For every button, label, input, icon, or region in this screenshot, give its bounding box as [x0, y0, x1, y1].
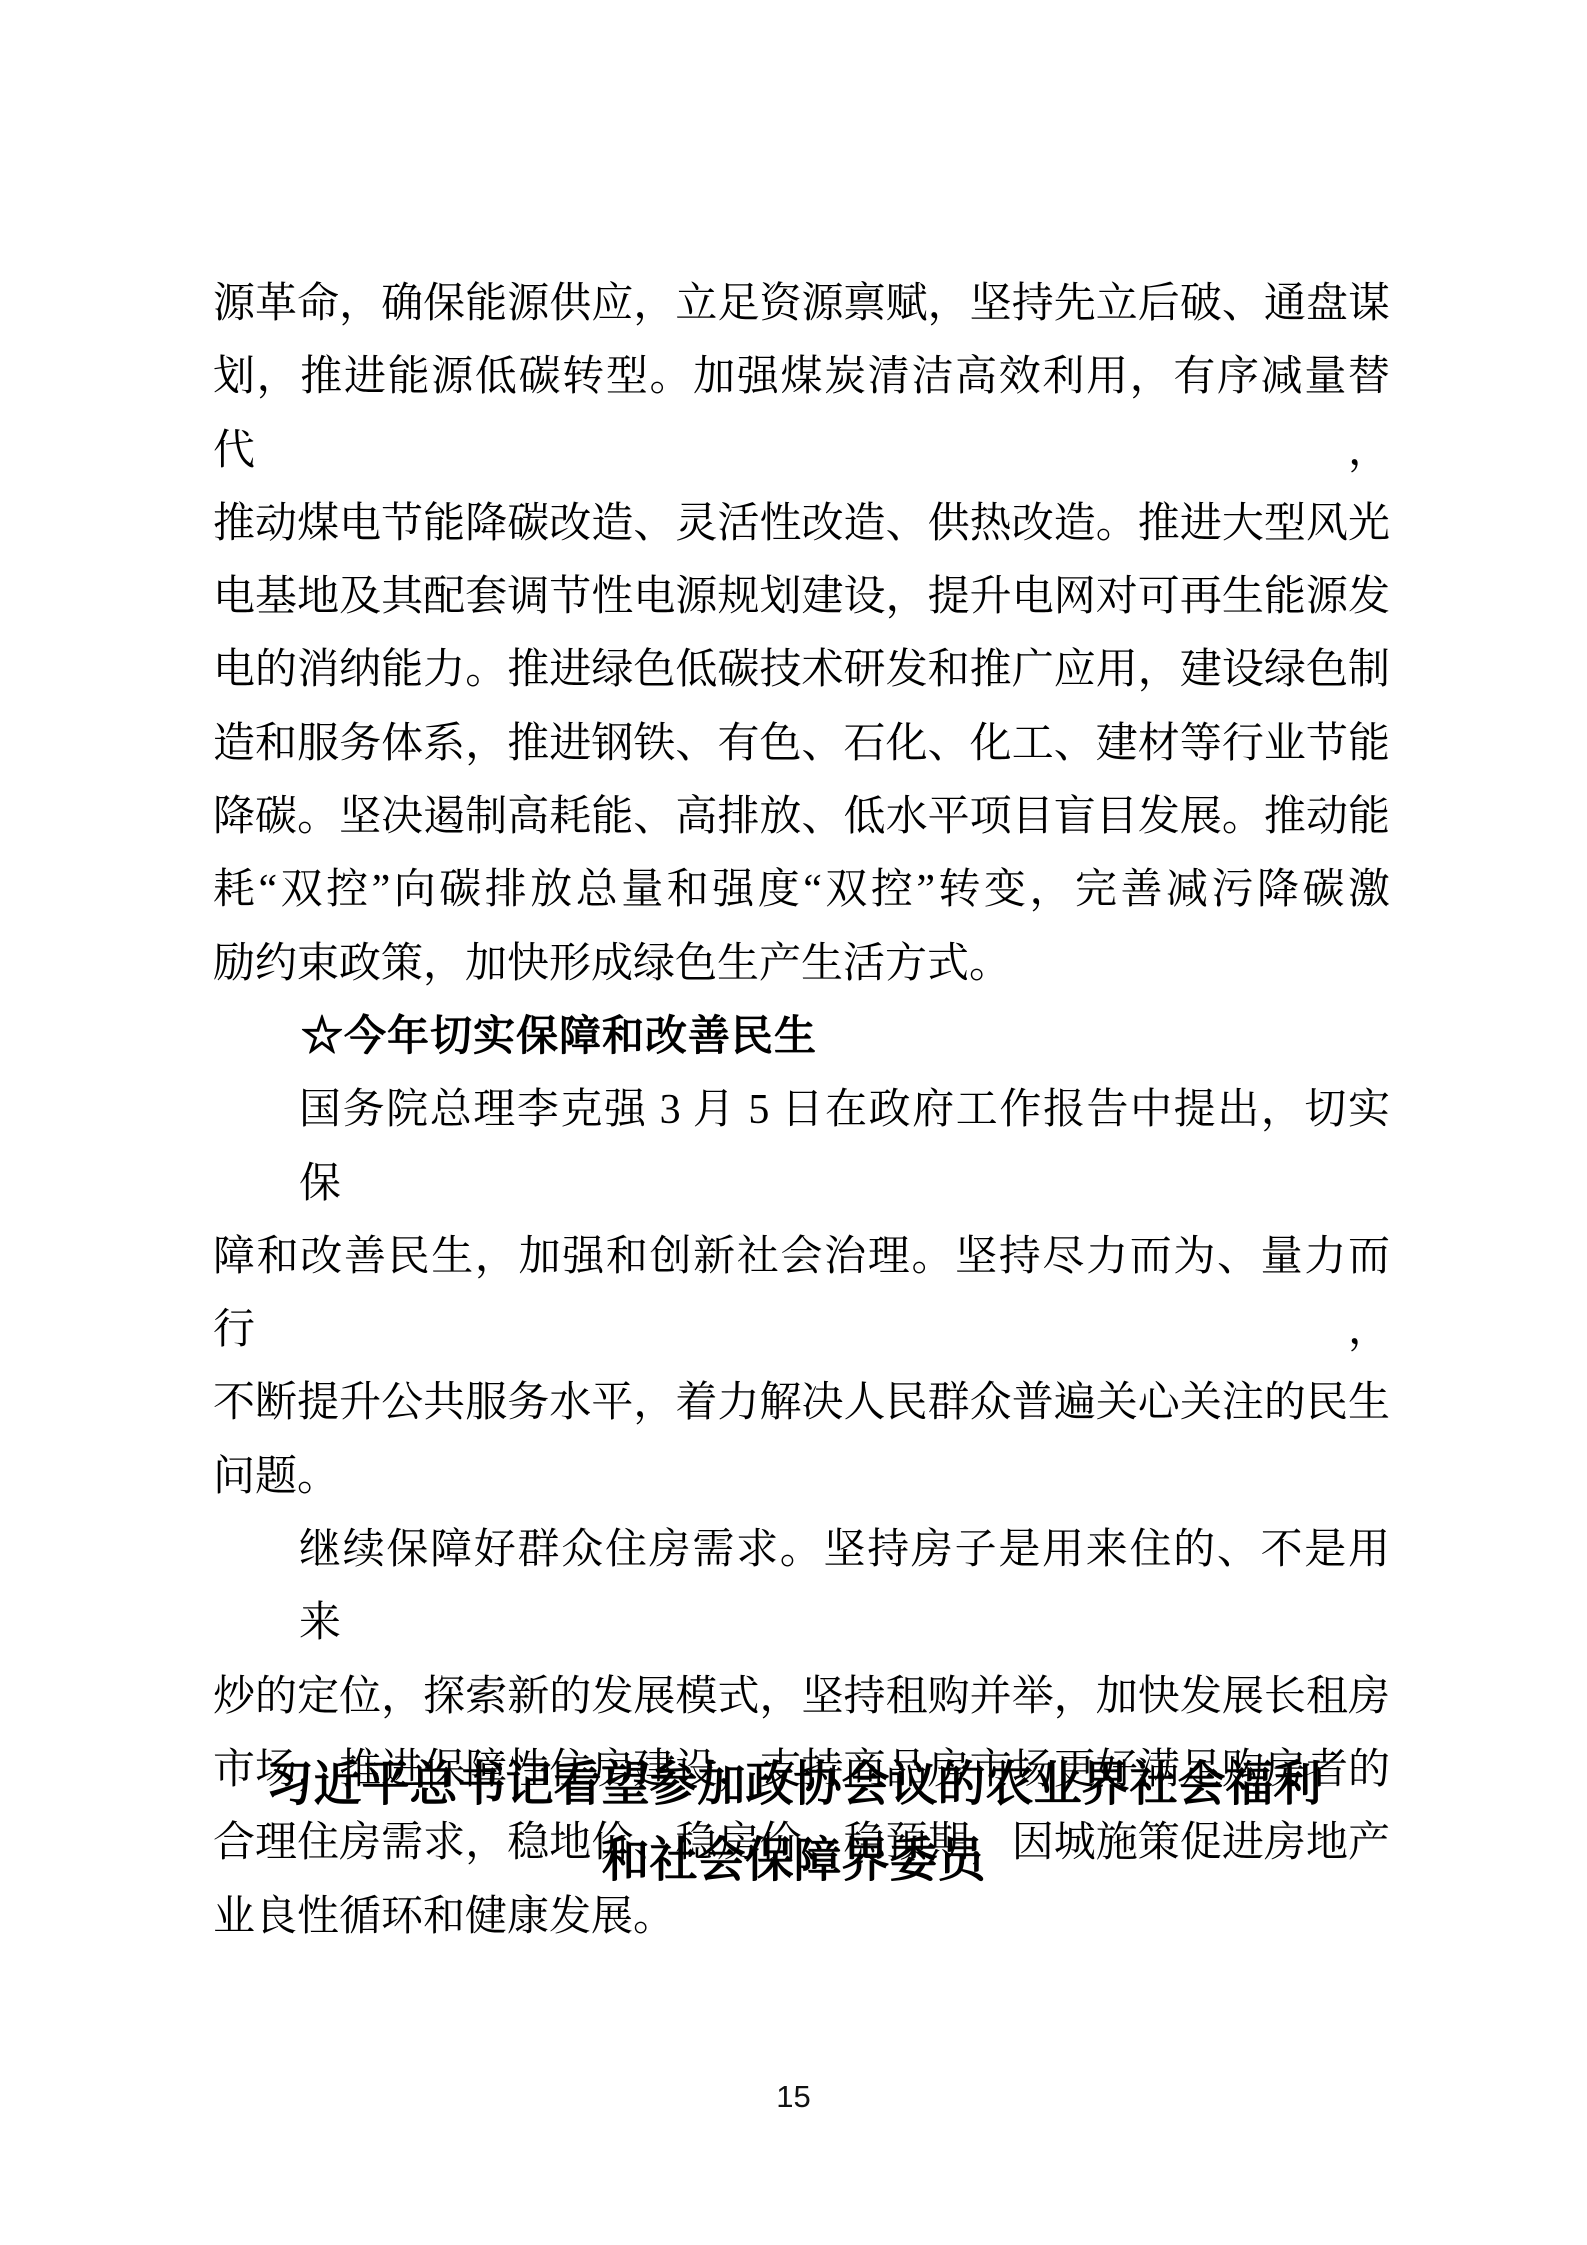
- section-title-line: 习近平总书记看望参加政协会议的农业界社会福利: [0, 1747, 1587, 1823]
- text-line: 电的消纳能力。推进绿色低碳技术研发和推广应用，建设绿色制: [213, 634, 1390, 707]
- text-line: 划，推进能源低碳转型。加强煤炭清洁高效利用，有序减量替代，: [213, 341, 1390, 488]
- text-line: 问题。: [213, 1441, 1390, 1514]
- section-title-line: 和社会保障界委员: [0, 1823, 1587, 1899]
- text-line: 励约束政策，加快形成绿色生产生活方式。: [213, 928, 1390, 1001]
- section-title: 习近平总书记看望参加政协会议的农业界社会福利和社会保障界委员: [0, 1747, 1587, 1899]
- text-line: 源革命，确保能源供应，立足资源禀赋，坚持先立后破、通盘谋: [213, 268, 1390, 341]
- text-line: 造和服务体系，推进钢铁、有色、石化、化工、建材等行业节能: [213, 708, 1390, 781]
- text-line: 耗“双控”向碳排放总量和强度“双控”转变，完善减污降碳激: [213, 854, 1390, 927]
- text-line: 继续保障好群众住房需求。坚持房子是用来住的、不是用来: [213, 1514, 1390, 1661]
- document-page: 源革命，确保能源供应，立足资源禀赋，坚持先立后破、通盘谋划，推进能源低碳转型。加…: [0, 0, 1587, 2245]
- text-line: 电基地及其配套调节性电源规划建设，提升电网对可再生能源发: [213, 561, 1390, 634]
- text-line: 不断提升公共服务水平，着力解决人民群众普遍关心关注的民生: [213, 1367, 1390, 1440]
- text-line: 推动煤电节能降碳改造、灵活性改造、供热改造。推进大型风光: [213, 488, 1390, 561]
- text-line: 国务院总理李克强 3 月 5 日在政府工作报告中提出，切实保: [213, 1074, 1390, 1221]
- page-number: 15: [0, 2080, 1587, 2114]
- text-line: 降碳。坚决遏制高耗能、高排放、低水平项目盲目发展。推动能: [213, 781, 1390, 854]
- text-line: 炒的定位，探索新的发展模式，坚持租购并举，加快发展长租房: [213, 1661, 1390, 1734]
- body-text: 源革命，确保能源供应，立足资源禀赋，坚持先立后破、通盘谋划，推进能源低碳转型。加…: [213, 268, 1390, 1954]
- section-subheading: ☆今年切实保障和改善民生: [213, 1001, 1478, 1074]
- text-line: 障和改善民生，加强和创新社会治理。坚持尽力而为、量力而行，: [213, 1221, 1390, 1368]
